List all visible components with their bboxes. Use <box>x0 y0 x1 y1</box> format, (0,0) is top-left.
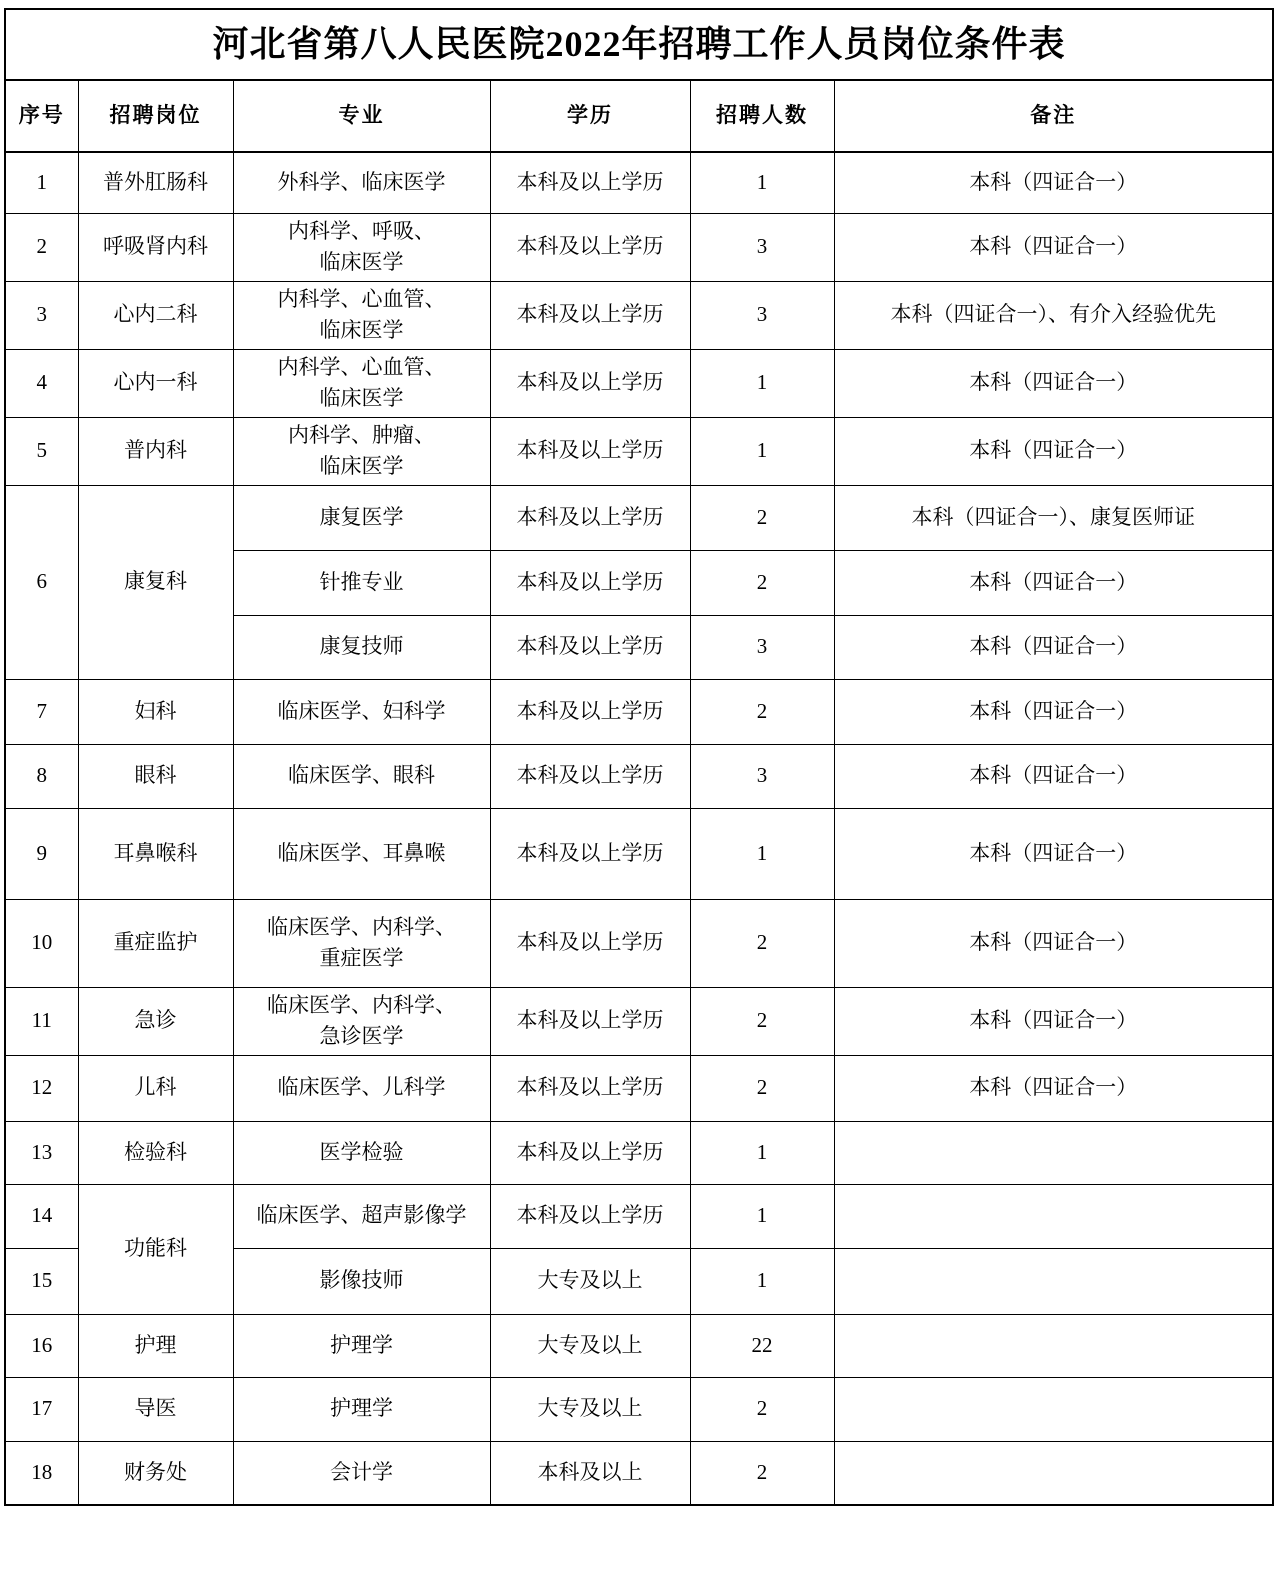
remark-cell: 本科（四证合一） <box>834 349 1273 417</box>
major-cell: 临床医学、儿科学 <box>233 1055 490 1121</box>
document-sheet: 河北省第八人民医院2022年招聘工作人员岗位条件表 序号招聘岗位专业学历招聘人数… <box>0 0 1280 1577</box>
table-title-row: 河北省第八人民医院2022年招聘工作人员岗位条件表 <box>5 9 1273 80</box>
serial-cell: 4 <box>5 349 78 417</box>
major-cell: 会计学 <box>233 1441 490 1505</box>
serial-cell: 17 <box>5 1377 78 1441</box>
table-row: 12儿科临床医学、儿科学本科及以上学历2本科（四证合一） <box>5 1055 1273 1121</box>
table-header-row: 序号招聘岗位专业学历招聘人数备注 <box>5 80 1273 152</box>
table-row: 6康复科康复医学本科及以上学历2本科（四证合一）、康复医师证 <box>5 485 1273 550</box>
serial-cell: 5 <box>5 417 78 485</box>
headcount-cell: 1 <box>690 1121 834 1184</box>
serial-cell: 18 <box>5 1441 78 1505</box>
position-cell: 护理 <box>78 1314 233 1377</box>
table-row: 9耳鼻喉科临床医学、耳鼻喉本科及以上学历1本科（四证合一） <box>5 808 1273 899</box>
table-row: 14功能科临床医学、超声影像学本科及以上学历1 <box>5 1184 1273 1248</box>
remark-cell <box>834 1248 1273 1314</box>
remark-cell: 本科（四证合一） <box>834 808 1273 899</box>
serial-cell: 8 <box>5 744 78 808</box>
serial-cell: 6 <box>5 485 78 679</box>
recruitment-table: 河北省第八人民医院2022年招聘工作人员岗位条件表 序号招聘岗位专业学历招聘人数… <box>4 8 1274 1506</box>
education-cell: 本科及以上学历 <box>490 417 690 485</box>
education-cell: 本科及以上学历 <box>490 213 690 281</box>
education-cell: 本科及以上学历 <box>490 1184 690 1248</box>
serial-cell: 12 <box>5 1055 78 1121</box>
major-cell: 临床医学、耳鼻喉 <box>233 808 490 899</box>
position-cell: 重症监护 <box>78 899 233 987</box>
headcount-cell: 1 <box>690 808 834 899</box>
major-cell: 护理学 <box>233 1377 490 1441</box>
education-cell: 本科及以上学历 <box>490 679 690 744</box>
remark-cell: 本科（四证合一） <box>834 744 1273 808</box>
major-cell: 医学检验 <box>233 1121 490 1184</box>
education-cell: 本科及以上学历 <box>490 615 690 679</box>
major-cell: 临床医学、内科学、 重症医学 <box>233 899 490 987</box>
remark-cell: 本科（四证合一）、有介入经验优先 <box>834 281 1273 349</box>
major-cell: 内科学、呼吸、 临床医学 <box>233 213 490 281</box>
table-row: 13检验科医学检验本科及以上学历1 <box>5 1121 1273 1184</box>
position-cell: 普外肛肠科 <box>78 152 233 213</box>
table-row: 11急诊临床医学、内科学、 急诊医学本科及以上学历2本科（四证合一） <box>5 987 1273 1055</box>
remark-cell <box>834 1121 1273 1184</box>
education-cell: 本科及以上 <box>490 1441 690 1505</box>
position-cell: 心内一科 <box>78 349 233 417</box>
remark-cell: 本科（四证合一） <box>834 987 1273 1055</box>
serial-cell: 10 <box>5 899 78 987</box>
remark-cell: 本科（四证合一） <box>834 213 1273 281</box>
position-cell: 心内二科 <box>78 281 233 349</box>
headcount-cell: 3 <box>690 281 834 349</box>
serial-cell: 16 <box>5 1314 78 1377</box>
major-cell: 康复技师 <box>233 615 490 679</box>
table-row: 10重症监护临床医学、内科学、 重症医学本科及以上学历2本科（四证合一） <box>5 899 1273 987</box>
headcount-cell: 22 <box>690 1314 834 1377</box>
position-cell: 检验科 <box>78 1121 233 1184</box>
education-cell: 本科及以上学历 <box>490 550 690 615</box>
table-row: 8眼科临床医学、眼科本科及以上学历3本科（四证合一） <box>5 744 1273 808</box>
position-cell: 急诊 <box>78 987 233 1055</box>
major-cell: 临床医学、妇科学 <box>233 679 490 744</box>
position-cell: 妇科 <box>78 679 233 744</box>
education-cell: 本科及以上学历 <box>490 349 690 417</box>
remark-cell <box>834 1314 1273 1377</box>
position-cell: 导医 <box>78 1377 233 1441</box>
headcount-cell: 2 <box>690 1377 834 1441</box>
serial-cell: 2 <box>5 213 78 281</box>
position-cell: 呼吸肾内科 <box>78 213 233 281</box>
major-cell: 康复医学 <box>233 485 490 550</box>
position-cell: 康复科 <box>78 485 233 679</box>
serial-cell: 13 <box>5 1121 78 1184</box>
table-row: 2呼吸肾内科内科学、呼吸、 临床医学本科及以上学历3本科（四证合一） <box>5 213 1273 281</box>
position-cell: 耳鼻喉科 <box>78 808 233 899</box>
serial-cell: 7 <box>5 679 78 744</box>
remark-cell: 本科（四证合一） <box>834 550 1273 615</box>
remark-cell <box>834 1441 1273 1505</box>
serial-cell: 15 <box>5 1248 78 1314</box>
serial-cell: 11 <box>5 987 78 1055</box>
position-column-header: 招聘岗位 <box>78 80 233 152</box>
education-cell: 本科及以上学历 <box>490 744 690 808</box>
education-cell: 本科及以上学历 <box>490 485 690 550</box>
position-cell: 眼科 <box>78 744 233 808</box>
table-row: 3心内二科内科学、心血管、 临床医学本科及以上学历3本科（四证合一）、有介入经验… <box>5 281 1273 349</box>
serial-column-header: 序号 <box>5 80 78 152</box>
major-cell: 护理学 <box>233 1314 490 1377</box>
headcount-cell: 3 <box>690 213 834 281</box>
major-cell: 内科学、肿瘤、 临床医学 <box>233 417 490 485</box>
table-row: 1普外肛肠科外科学、临床医学本科及以上学历1本科（四证合一） <box>5 152 1273 213</box>
headcount-cell: 3 <box>690 615 834 679</box>
table-row: 4心内一科内科学、心血管、 临床医学本科及以上学历1本科（四证合一） <box>5 349 1273 417</box>
major-cell: 影像技师 <box>233 1248 490 1314</box>
position-cell: 儿科 <box>78 1055 233 1121</box>
remark-cell <box>834 1377 1273 1441</box>
table-row: 5普内科内科学、肿瘤、 临床医学本科及以上学历1本科（四证合一） <box>5 417 1273 485</box>
position-cell: 财务处 <box>78 1441 233 1505</box>
education-cell: 本科及以上学历 <box>490 1055 690 1121</box>
remark-cell: 本科（四证合一） <box>834 679 1273 744</box>
headcount-cell: 1 <box>690 349 834 417</box>
major-cell: 外科学、临床医学 <box>233 152 490 213</box>
remark-cell: 本科（四证合一）、康复医师证 <box>834 485 1273 550</box>
education-cell: 本科及以上学历 <box>490 1121 690 1184</box>
education-cell: 本科及以上学历 <box>490 987 690 1055</box>
headcount-cell: 2 <box>690 1441 834 1505</box>
headcount-cell: 1 <box>690 1248 834 1314</box>
major-cell: 临床医学、超声影像学 <box>233 1184 490 1248</box>
remark-cell: 本科（四证合一） <box>834 417 1273 485</box>
education-cell: 大专及以上 <box>490 1248 690 1314</box>
education-cell: 本科及以上学历 <box>490 899 690 987</box>
table-row: 18财务处会计学本科及以上2 <box>5 1441 1273 1505</box>
headcount-cell: 2 <box>690 550 834 615</box>
table-row: 7妇科临床医学、妇科学本科及以上学历2本科（四证合一） <box>5 679 1273 744</box>
headcount-cell: 2 <box>690 899 834 987</box>
serial-cell: 14 <box>5 1184 78 1248</box>
headcount-cell: 2 <box>690 485 834 550</box>
position-cell: 功能科 <box>78 1184 233 1314</box>
headcount-column-header: 招聘人数 <box>690 80 834 152</box>
major-cell: 针推专业 <box>233 550 490 615</box>
education-cell: 大专及以上 <box>490 1377 690 1441</box>
remark-cell: 本科（四证合一） <box>834 1055 1273 1121</box>
headcount-cell: 2 <box>690 679 834 744</box>
major-cell: 内科学、心血管、 临床医学 <box>233 349 490 417</box>
major-cell: 内科学、心血管、 临床医学 <box>233 281 490 349</box>
remark-cell <box>834 1184 1273 1248</box>
education-cell: 大专及以上 <box>490 1314 690 1377</box>
remark-cell: 本科（四证合一） <box>834 899 1273 987</box>
serial-cell: 3 <box>5 281 78 349</box>
table-title: 河北省第八人民医院2022年招聘工作人员岗位条件表 <box>5 9 1273 80</box>
headcount-cell: 2 <box>690 987 834 1055</box>
table-row: 16护理护理学大专及以上22 <box>5 1314 1273 1377</box>
headcount-cell: 1 <box>690 417 834 485</box>
headcount-cell: 3 <box>690 744 834 808</box>
education-column-header: 学历 <box>490 80 690 152</box>
table-row: 17导医护理学大专及以上2 <box>5 1377 1273 1441</box>
headcount-cell: 1 <box>690 152 834 213</box>
headcount-cell: 2 <box>690 1055 834 1121</box>
remark-cell: 本科（四证合一） <box>834 615 1273 679</box>
serial-cell: 1 <box>5 152 78 213</box>
major-cell: 临床医学、眼科 <box>233 744 490 808</box>
major-cell: 临床医学、内科学、 急诊医学 <box>233 987 490 1055</box>
education-cell: 本科及以上学历 <box>490 281 690 349</box>
serial-cell: 9 <box>5 808 78 899</box>
position-cell: 普内科 <box>78 417 233 485</box>
education-cell: 本科及以上学历 <box>490 808 690 899</box>
major-column-header: 专业 <box>233 80 490 152</box>
remark-column-header: 备注 <box>834 80 1273 152</box>
remark-cell: 本科（四证合一） <box>834 152 1273 213</box>
headcount-cell: 1 <box>690 1184 834 1248</box>
education-cell: 本科及以上学历 <box>490 152 690 213</box>
